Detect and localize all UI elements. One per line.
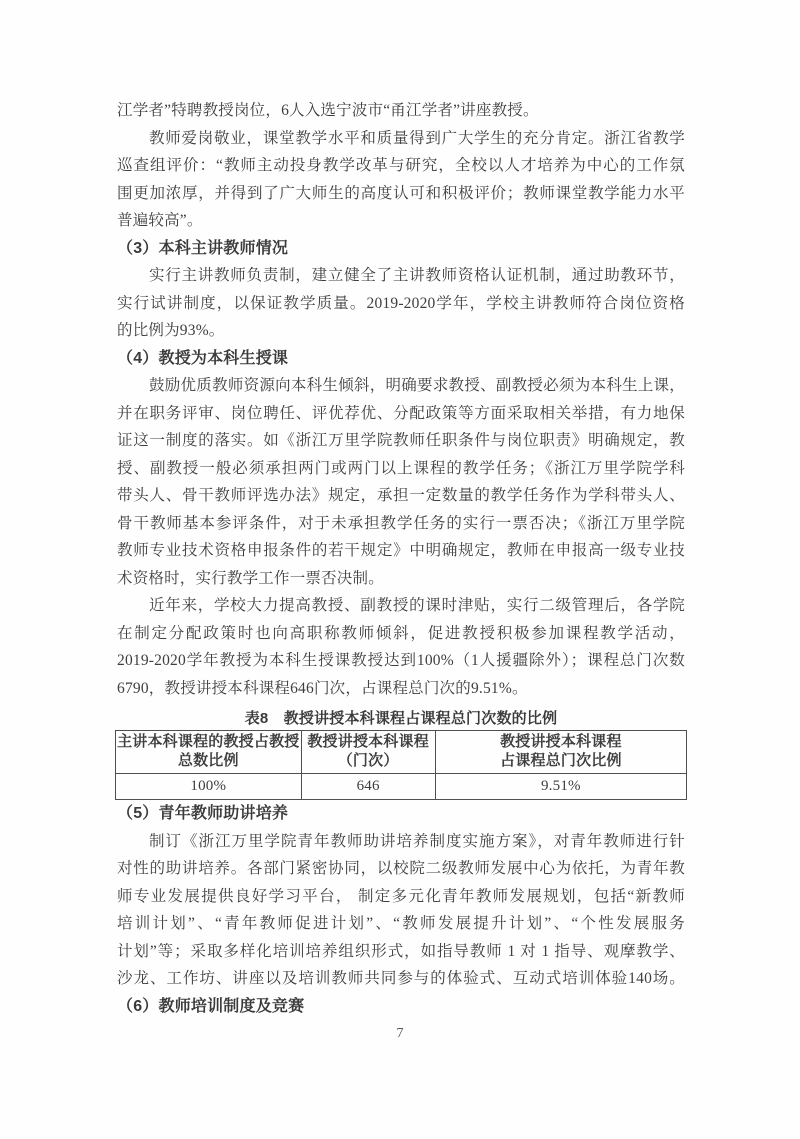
text-line: 普遍较高”。 xyxy=(117,207,685,235)
page-content: 江学者”特聘教授岗位，6人入选宁波市“甬江学者”讲座教授。 教师爱岗敬业，课堂教… xyxy=(117,97,685,1020)
header-line: 教授讲授本科课程 xyxy=(436,733,686,752)
table-cell: 646 xyxy=(301,774,435,800)
text-line: 对性的助讲培养。各部门紧密协同，以校院二级教师发展中心为依托，为青年教 xyxy=(117,855,685,883)
text-line: 计划”等；采取多样化培训培养组织形式，如指导教师 1 对 1 指导、观摩教学、 xyxy=(117,938,685,966)
header-line: 主讲本科课程的教授占教授 xyxy=(116,733,301,752)
text-line: 在制定分配政策时也向高职称教师倾斜，促进教授积极参加课程教学活动， xyxy=(117,620,685,648)
paragraph-recent-years: 近年来，学校大力提高教授、副教授的课时津贴，实行二级管理后，各学院在制定分配政策… xyxy=(117,592,685,702)
paragraph-teacher-dedication: 教师爱岗敬业，课堂教学水平和质量得到广大学生的充分肯定。浙江省教学巡查组评价：“… xyxy=(117,125,685,235)
table-header-cell: 教授讲授本科课程 占课程总门次比例 xyxy=(435,731,686,774)
text-line: 骨干教师基本参评条件，对于未承担教学任务的实行一票否决；《浙江万里学院 xyxy=(117,510,685,538)
header-line: 教授讲授本科课程 xyxy=(302,733,435,752)
table-header-row: 主讲本科课程的教授占教授 总数比例 教授讲授本科课程 （门次） 教授讲授本科课程… xyxy=(116,731,687,774)
text-line: 巡查组评价：“教师主动投身教学改革与研究，全校以人才培养为中心的工作氛 xyxy=(117,152,685,180)
table-data-row: 100% 646 9.51% xyxy=(116,774,687,800)
section-heading-3: （3）本科主讲教师情况 xyxy=(117,235,685,263)
text-line: 授、副教授一般必须承担两门或两门以上课程的教学任务；《浙江万里学院学科 xyxy=(117,455,685,483)
table-header-cell: 教授讲授本科课程 （门次） xyxy=(301,731,435,774)
table-8: 主讲本科课程的教授占教授 总数比例 教授讲授本科课程 （门次） 教授讲授本科课程… xyxy=(115,730,687,800)
paragraph-young-teacher-training: 制订《浙江万里学院青年教师助讲培养制度实施方案》，对青年教师进行针对性的助讲培养… xyxy=(117,828,685,993)
header-line: （门次） xyxy=(302,752,435,771)
table-header-cell: 主讲本科课程的教授占教授 总数比例 xyxy=(116,731,302,774)
section-heading-6: （6）教师培训制度及竞赛 xyxy=(117,993,685,1021)
section-heading-4: （4）教授为本科生授课 xyxy=(117,345,685,373)
section-heading-5: （5）青年教师助讲培养 xyxy=(117,800,685,828)
paragraph-professor-policy: 鼓励优质教师资源向本科生倾斜，明确要求教授、副教授必须为本科生上课，并在职务评审… xyxy=(117,372,685,592)
text-line: 培训计划”、“青年教师促进计划”、“教师发展提升计划”、“个性发展服务 xyxy=(117,910,685,938)
text-line: 鼓励优质教师资源向本科生倾斜，明确要求教授、副教授必须为本科生上课， xyxy=(117,372,685,400)
text-line: 带头人、骨干教师评选办法》规定，承担一定数量的教学任务作为学科带头人、 xyxy=(117,482,685,510)
header-line: 占课程总门次比例 xyxy=(436,752,686,771)
text-line: 制订《浙江万里学院青年教师助讲培养制度实施方案》，对青年教师进行针 xyxy=(117,828,685,856)
paragraph-continuation: 江学者”特聘教授岗位，6人入选宁波市“甬江学者”讲座教授。 xyxy=(117,97,685,125)
text-line: 实行主讲教师负责制，建立健全了主讲教师资格认证机制，通过助教环节， xyxy=(117,262,685,290)
document-page: 江学者”特聘教授岗位，6人入选宁波市“甬江学者”讲座教授。 教师爱岗敬业，课堂教… xyxy=(0,0,800,1139)
text-line: 的比例为93%。 xyxy=(117,317,685,345)
page-number: 7 xyxy=(0,1026,800,1042)
text-line: 证这一制度的落实。如《浙江万里学院教师任职条件与岗位职责》明确规定，教 xyxy=(117,427,685,455)
text-line: 近年来，学校大力提高教授、副教授的课时津贴，实行二级管理后，各学院 xyxy=(117,592,685,620)
text-line: 沙龙、工作坊、讲座以及培训教师共同参与的体验式、互动式培训体验140场。 xyxy=(117,965,685,993)
table-cell: 9.51% xyxy=(435,774,686,800)
text-line: 术资格时，实行教学工作一票否决制。 xyxy=(117,565,685,593)
text-line: 师专业发展提供良好学习平台， 制定多元化青年教师发展规划，包括“新教师 xyxy=(117,883,685,911)
text-line: 并在职务评审、岗位聘任、评优荐优、分配政策等方面采取相关举措，有力地保 xyxy=(117,400,685,428)
header-line: 总数比例 xyxy=(116,752,301,771)
text-line: 6790，教授讲授本科课程646门次，占课程总门次的9.51%。 xyxy=(117,675,685,703)
table-cell: 100% xyxy=(116,774,302,800)
text-line: 围更加浓厚，并得到了广大师生的高度认可和积极评价；教师课堂教学能力水平 xyxy=(117,180,685,208)
text-line: 教师专业技术资格申报条件的若干规定》中明确规定，教师在申报高一级专业技 xyxy=(117,537,685,565)
text-line: 实行试讲制度，以保证教学质量。2019-2020学年，学校主讲教师符合岗位资格 xyxy=(117,290,685,318)
text-line: 江学者”特聘教授岗位，6人入选宁波市“甬江学者”讲座教授。 xyxy=(117,97,685,125)
table-caption: 表8 教授讲授本科课程占课程总门次数的比例 xyxy=(117,708,685,730)
paragraph-lecturer-system: 实行主讲教师负责制，建立健全了主讲教师资格认证机制，通过助教环节，实行试讲制度，… xyxy=(117,262,685,345)
text-line: 2019-2020学年教授为本科生授课教授达到100%（1人援疆除外）；课程总门… xyxy=(117,647,685,675)
text-line: 教师爱岗敬业，课堂教学水平和质量得到广大学生的充分肯定。浙江省教学 xyxy=(117,125,685,153)
